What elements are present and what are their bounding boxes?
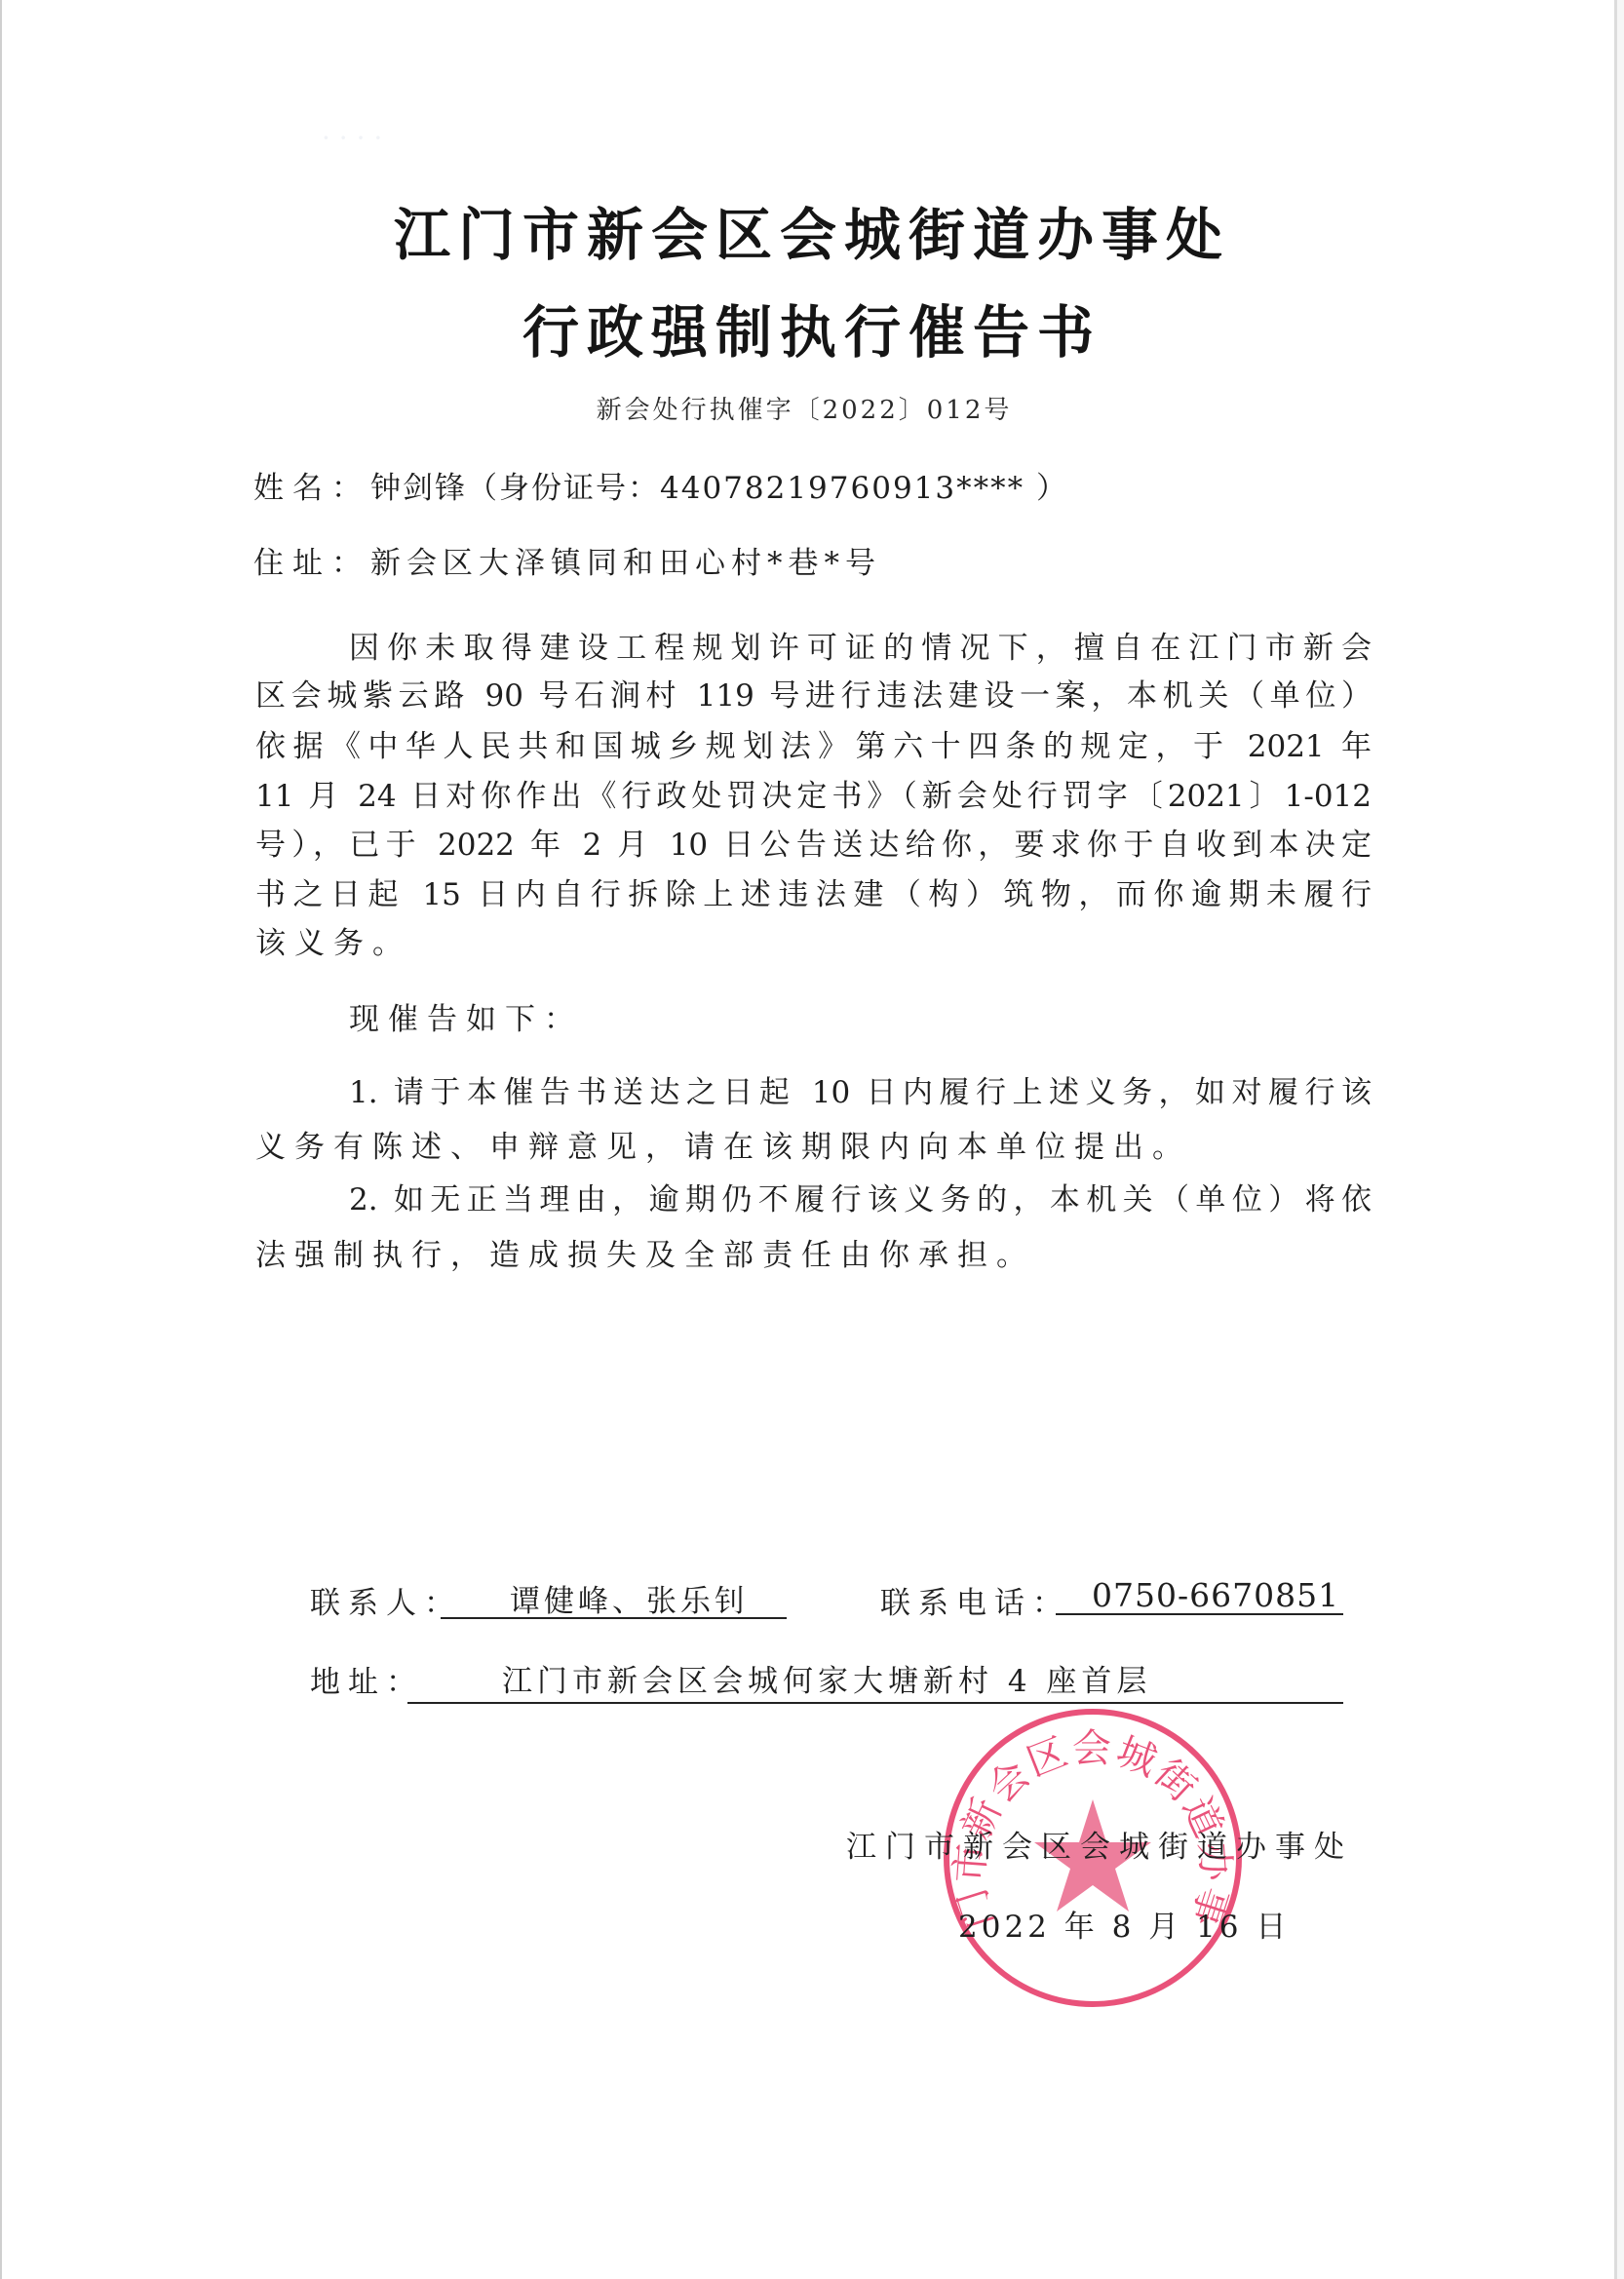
contact-phone-value: 0750-6670851	[1092, 1579, 1339, 1612]
contact-phone-label: 联系电话：	[880, 1587, 1070, 1620]
signature-organization: 江门市新会区会城街道办事处	[846, 1831, 1353, 1864]
notice-item-2-line: 法强制执行，造成损失及全部责任由你承担。	[255, 1239, 1035, 1272]
body-line: 11 月 24 日对你作出《行政处罚决定书》（新会处行罚字〔2021〕1-012	[255, 780, 1372, 813]
contact-person-value: 谭健峰、张乐钊	[510, 1585, 749, 1618]
document-page: 江门市新会区会城街道办事处 行政强制执行催告书 新会处行执催字〔2022〕012…	[0, 0, 1624, 2279]
party-address-value: 新会区大泽镇同和田心村*巷*号	[370, 546, 881, 581]
body-line: 书之日起 15 日内自行拆除上述违法建（构）筑物，而你逾期未履行	[255, 878, 1372, 911]
body-line: 该义务。	[255, 927, 411, 960]
notice-item-2-line: 2. 如无正当理由，逾期仍不履行该义务的，本机关（单位）将依	[349, 1183, 1372, 1217]
title-line-2: 行政强制执行催告书	[0, 303, 1624, 362]
scan-artifact: · · · ·	[322, 122, 382, 154]
notice-item-1-line: 1. 请于本催告书送达之日起 10 日内履行上述义务，如对履行该	[349, 1076, 1372, 1109]
party-name-line: 姓名：钟剑锋（身份证号：44078219760913**** ）	[253, 472, 1068, 505]
title-line-1: 江门市新会区会城街道办事处	[0, 206, 1624, 264]
body-line: 依据《中华人民共和国城乡规划法》第六十四条的规定，于 2021 年	[255, 730, 1372, 763]
contact-address-underline	[407, 1702, 1343, 1704]
document-number: 新会处行执催字〔2022〕012号	[0, 397, 1608, 424]
notice-heading: 现催告如下：	[349, 1003, 583, 1036]
party-address-label: 住址：	[253, 546, 370, 581]
signature-date: 2022 年 8 月 16 日	[958, 1911, 1290, 1944]
body-line: 区会城紫云路 90 号石涧村 119 号进行违法建设一案，本机关（单位）	[255, 679, 1372, 713]
body-line: 因你未取得建设工程规划许可证的情况下，擅自在江门市新会	[349, 632, 1372, 665]
party-name-value: 钟剑锋（身份证号：44078219760913**** ）	[370, 471, 1068, 506]
contact-address-value: 江门市新会区会城何家大塘新村 4 座首层	[502, 1665, 1151, 1698]
body-line: 号），已于 2022 年 2 月 10 日公告送达给你，要求你于自收到本决定	[255, 829, 1372, 862]
contact-address-label: 地址：	[310, 1666, 424, 1699]
party-address-line: 住址：新会区大泽镇同和田心村*巷*号	[253, 547, 881, 580]
contact-person-label: 联系人：	[310, 1587, 462, 1620]
notice-item-1-line: 义务有陈述、申辩意见，请在该期限内向本单位提出。	[255, 1131, 1191, 1164]
party-name-label: 姓名：	[253, 471, 370, 506]
